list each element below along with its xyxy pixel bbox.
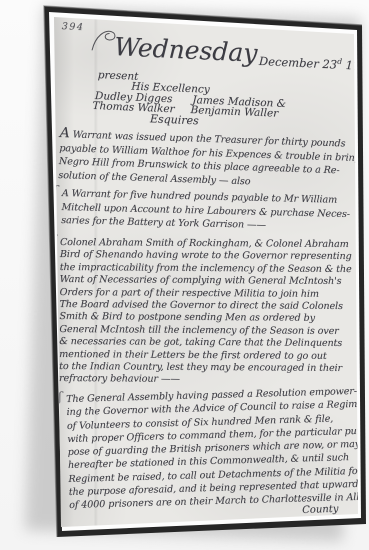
paragraph-militia-orders: ʃ Colonel Abraham Smith of Rockingham, &… [59, 237, 352, 388]
manuscript-scan: 394 WednesdayDecember 23d 1778 present H… [0, 0, 369, 550]
page-number: 394 [61, 21, 84, 33]
heading-date-ordinal: d [337, 57, 342, 66]
flourish-icon [91, 28, 118, 55]
paragraph-volunteer-regiment: ʃ The General Assembly having passed a R… [66, 384, 369, 513]
paragraph-warrant-walthoe: A Warrant was issued upon the Treasurer … [58, 127, 369, 193]
catchword: County [302, 504, 339, 516]
paragraph-warrant-mitchell: ʃ A Warrant for five hundred pounds paya… [61, 187, 350, 235]
present-block: present His Excellency Dudley Digges Jam… [94, 70, 287, 130]
